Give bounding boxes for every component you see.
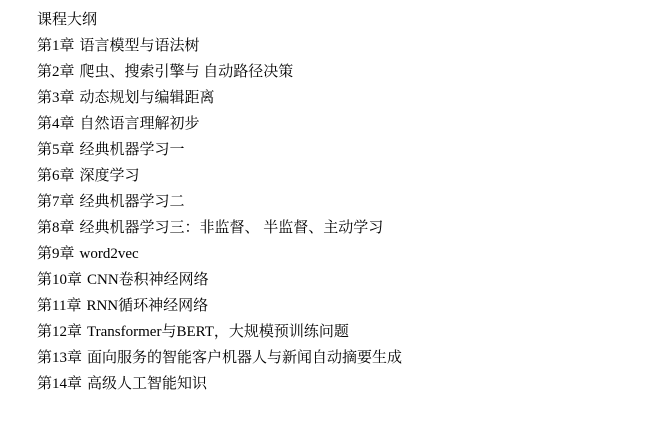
- chapter-label: 第7章: [37, 194, 75, 210]
- chapter-label: 第3章: [37, 90, 75, 106]
- chapter-item: 第7章经典机器学习二: [37, 189, 402, 215]
- chapter-item: 第5章经典机器学习一: [37, 137, 402, 163]
- chapter-label: 第9章: [37, 246, 75, 262]
- chapter-title: 深度学习: [80, 168, 140, 184]
- chapter-title: Transformer与BERT，大规模预训练问题: [87, 324, 349, 340]
- course-outline: 课程大纲 第1章语言模型与语法树 第2章爬虫、搜索引擎与 自动路径决策 第3章动…: [37, 7, 402, 397]
- chapter-item: 第2章爬虫、搜索引擎与 自动路径决策: [37, 59, 402, 85]
- chapter-title: RNN循环神经网络: [86, 298, 208, 314]
- chapter-item: 第1章语言模型与语法树: [37, 33, 402, 59]
- chapter-item: 第8章经典机器学习三：非监督、 半监督、主动学习: [37, 215, 402, 241]
- chapter-title: 经典机器学习一: [80, 142, 185, 158]
- chapter-title: 语言模型与语法树: [80, 38, 200, 54]
- chapter-label: 第8章: [37, 220, 75, 236]
- chapter-title: word2vec: [80, 246, 139, 262]
- chapter-label: 第5章: [37, 142, 75, 158]
- chapter-label: 第11章: [37, 298, 81, 314]
- chapter-title: 面向服务的智能客户机器人与新闻自动摘要生成: [87, 350, 402, 366]
- chapter-item: 第4章自然语言理解初步: [37, 111, 402, 137]
- chapter-item: 第14章高级人工智能知识: [37, 371, 402, 397]
- chapter-item: 第6章深度学习: [37, 163, 402, 189]
- chapter-title: 爬虫、搜索引擎与 自动路径决策: [80, 64, 294, 80]
- chapter-label: 第10章: [37, 272, 82, 288]
- chapter-item: 第11章RNN循环神经网络: [37, 293, 402, 319]
- chapter-title: 高级人工智能知识: [87, 376, 207, 392]
- chapter-item: 第13章面向服务的智能客户机器人与新闻自动摘要生成: [37, 345, 402, 371]
- chapter-item: 第12章Transformer与BERT，大规模预训练问题: [37, 319, 402, 345]
- chapter-label: 第2章: [37, 64, 75, 80]
- chapter-item: 第9章word2vec: [37, 241, 402, 267]
- chapter-title: 自然语言理解初步: [80, 116, 200, 132]
- chapter-title: 经典机器学习三：非监督、 半监督、主动学习: [80, 220, 384, 236]
- chapter-item: 第10章CNN卷积神经网络: [37, 267, 402, 293]
- chapter-title: 动态规划与编辑距离: [80, 90, 215, 106]
- chapter-label: 第6章: [37, 168, 75, 184]
- chapter-label: 第12章: [37, 324, 82, 340]
- chapter-label: 第4章: [37, 116, 75, 132]
- chapter-title: 经典机器学习二: [80, 194, 185, 210]
- chapter-label: 第1章: [37, 38, 75, 54]
- outline-title: 课程大纲: [37, 7, 402, 33]
- chapter-title: CNN卷积神经网络: [87, 272, 209, 288]
- chapter-item: 第3章动态规划与编辑距离: [37, 85, 402, 111]
- chapter-label: 第13章: [37, 350, 82, 366]
- chapter-label: 第14章: [37, 376, 82, 392]
